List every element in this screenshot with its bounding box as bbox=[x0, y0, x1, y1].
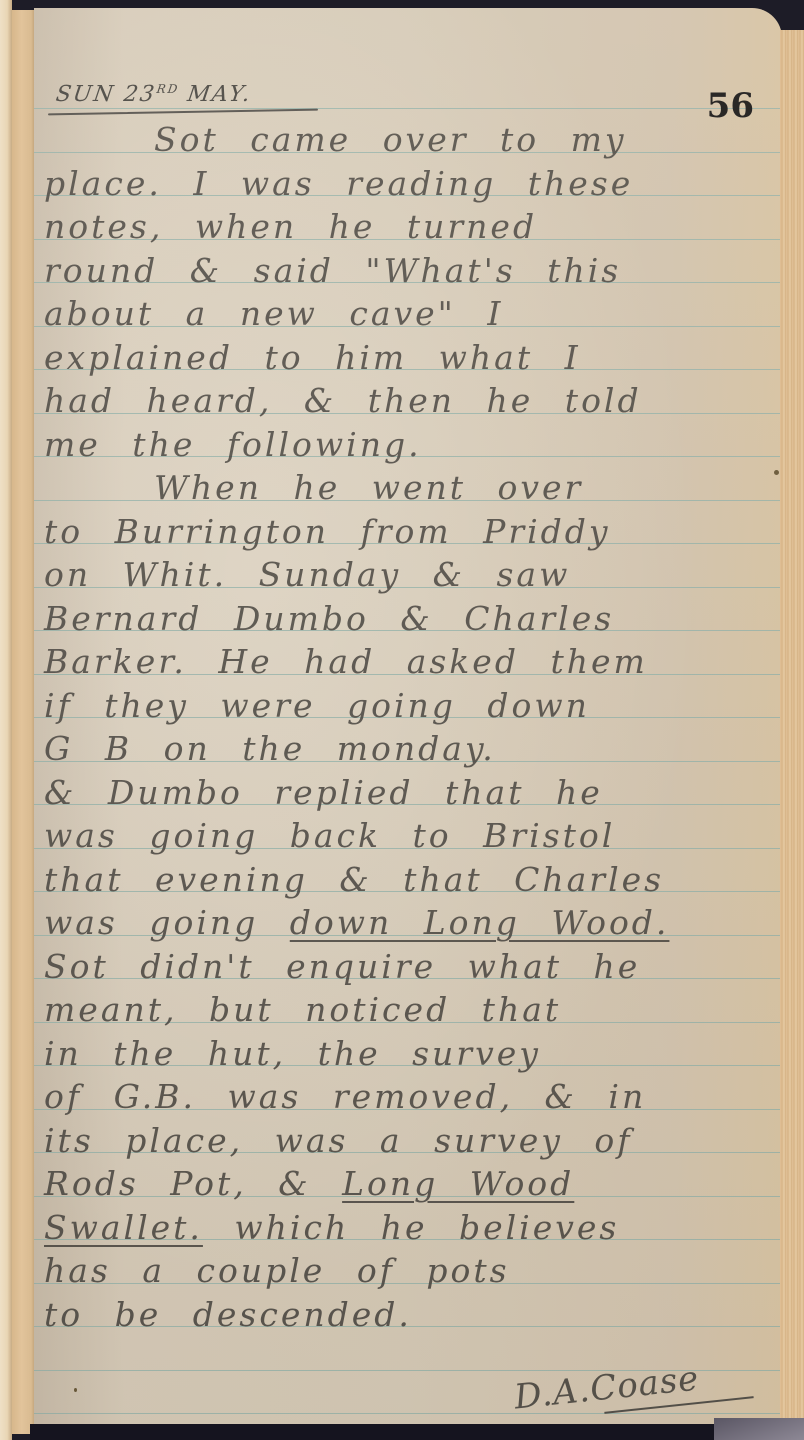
handwritten-line: me the following. bbox=[44, 425, 774, 465]
underlined-text: Swallet. bbox=[44, 1208, 203, 1247]
handwritten-line: G B on the monday. bbox=[44, 729, 774, 769]
handwritten-line: was going back to Bristol bbox=[44, 816, 774, 856]
handwritten-line: to Burrington from Priddy bbox=[44, 512, 774, 552]
handwritten-line: that evening & that Charles bbox=[44, 860, 774, 900]
handwritten-line: has a couple of pots bbox=[44, 1251, 774, 1291]
handwritten-line: about a new cave" I bbox=[44, 294, 774, 334]
handwritten-line: had heard, & then he told bbox=[44, 381, 774, 421]
photo-scene: SUN 23RD MAY. 56 Sot came over to myplac… bbox=[0, 0, 804, 1440]
handwritten-line: When he went over bbox=[154, 468, 782, 508]
handwritten-line: & Dumbo replied that he bbox=[44, 773, 774, 813]
date-day: SUN 23 bbox=[54, 82, 157, 107]
handwritten-line: if they were going down bbox=[44, 686, 774, 726]
handwritten-line: round & said "What's this bbox=[44, 251, 774, 291]
ink-speck bbox=[74, 1388, 77, 1392]
date-month: MAY. bbox=[186, 82, 254, 107]
handwritten-line: to be descended. bbox=[44, 1295, 774, 1335]
handwritten-line: place. I was reading these bbox=[44, 164, 774, 204]
rule-line bbox=[34, 108, 782, 109]
notebook-page: SUN 23RD MAY. 56 Sot came over to myplac… bbox=[34, 8, 782, 1426]
underlined-text: Long Wood bbox=[342, 1164, 574, 1203]
handwritten-line: of G.B. was removed, & in bbox=[44, 1077, 774, 1117]
handwritten-line: its place, was a survey of bbox=[44, 1121, 774, 1161]
left-page-binding bbox=[0, 0, 12, 1440]
date-ordinal: RD bbox=[156, 82, 181, 96]
handwritten-line: explained to him what I bbox=[44, 338, 774, 378]
bottom-shadow bbox=[30, 1424, 804, 1440]
left-page-edge-stack bbox=[12, 10, 36, 1434]
signature: D.A.Coase bbox=[512, 1358, 701, 1417]
rule-line bbox=[34, 1413, 782, 1414]
handwritten-line: Bernard Dumbo & Charles bbox=[44, 599, 774, 639]
handwritten-line: Sot came over to my bbox=[154, 120, 782, 160]
handwritten-line: in the hut, the survey bbox=[44, 1034, 774, 1074]
ink-speck bbox=[774, 470, 779, 475]
date-underline bbox=[48, 109, 318, 116]
handwritten-line: notes, when he turned bbox=[44, 207, 774, 247]
handwritten-line: Barker. He had asked them bbox=[44, 642, 774, 682]
handwritten-line: Swallet. which he believes bbox=[44, 1208, 774, 1248]
handwritten-line: Sot didn't enquire what he bbox=[44, 947, 774, 987]
handwritten-line: Rods Pot, & Long Wood bbox=[44, 1164, 774, 1204]
handwritten-line: was going down Long Wood. bbox=[44, 903, 774, 943]
entry-date: SUN 23RD MAY. bbox=[54, 82, 253, 107]
handwritten-line: on Whit. Sunday & saw bbox=[44, 555, 774, 595]
page-corner-fold bbox=[714, 1418, 804, 1440]
handwritten-line: meant, but noticed that bbox=[44, 990, 774, 1030]
underlined-text: down Long Wood. bbox=[290, 903, 670, 942]
right-page-edge-stack bbox=[780, 30, 804, 1426]
